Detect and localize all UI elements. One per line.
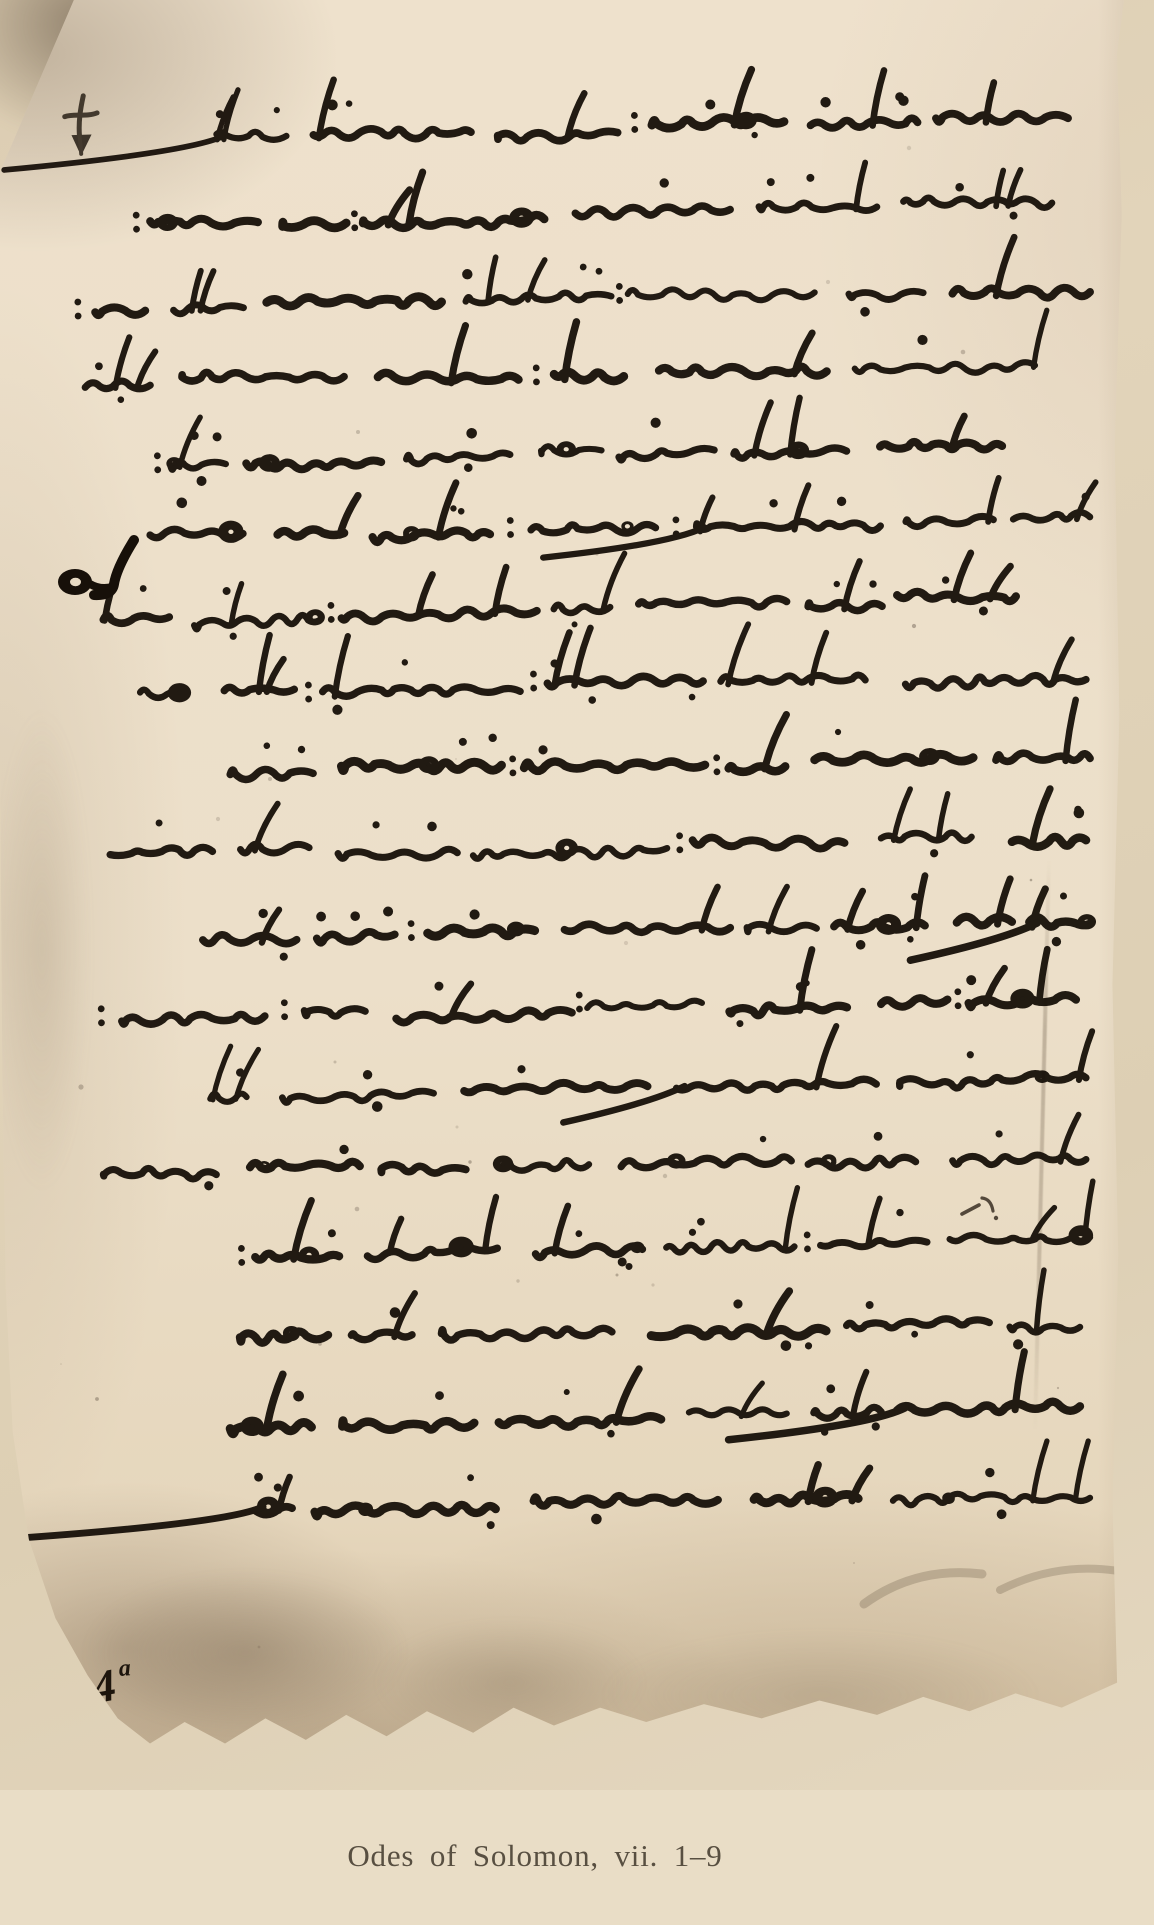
syriac-line-2 xyxy=(132,157,1052,241)
plate-page: { "plate": { "caption": "Odes of Solomon… xyxy=(0,0,1154,1925)
syriac-line-8 xyxy=(139,618,1086,718)
paper-speck xyxy=(95,1397,99,1401)
paper-speck xyxy=(356,430,360,434)
cross-icon xyxy=(56,88,112,168)
plate-caption: Odes of Solomon, vii. 1–9 xyxy=(347,1838,722,1874)
paper-speck xyxy=(826,280,830,284)
corrector-mark xyxy=(956,1186,1012,1230)
paper-speck xyxy=(318,1342,322,1346)
manuscript-photo: 4a xyxy=(0,0,1154,1790)
paper-speck xyxy=(651,1283,654,1286)
syriac-line-14 xyxy=(103,1115,1087,1193)
syriac-line-18 xyxy=(7,1440,1090,1539)
manuscript-leaf: 4a xyxy=(0,0,1154,1790)
syriac-line-17 xyxy=(229,1351,1081,1451)
quire-signature: 4a xyxy=(88,1655,137,1711)
syriac-line-6 xyxy=(149,470,1097,565)
quire-digit: 4 xyxy=(88,1659,120,1713)
paper-speck xyxy=(624,941,628,945)
syriac-line-9 xyxy=(229,700,1090,786)
syriac-line-16 xyxy=(239,1270,1080,1364)
paper-speck xyxy=(616,1274,619,1277)
paper-speck xyxy=(663,1174,667,1178)
paper-speck xyxy=(258,1646,261,1649)
syriac-line-13 xyxy=(209,1021,1094,1130)
paper-speck xyxy=(802,1332,807,1337)
paper-speck xyxy=(60,1363,62,1365)
syriac-line-11 xyxy=(202,872,1097,978)
syriac-line-10 xyxy=(109,786,1086,872)
paper-speck xyxy=(961,350,966,355)
paper-speck xyxy=(632,848,637,853)
caption-row: Odes of Solomon, vii. 1–9 xyxy=(0,1838,1154,1874)
paper-speck xyxy=(1030,879,1033,882)
paper-speck xyxy=(912,624,916,628)
quire-superscript: a xyxy=(118,1655,132,1683)
paper-speck xyxy=(216,817,220,821)
paper-speck xyxy=(455,758,457,760)
paper-speck xyxy=(78,1084,83,1089)
ink-offset-ghost xyxy=(850,1532,1150,1622)
syriac-line-5 xyxy=(153,393,1003,488)
syriac-line-3 xyxy=(73,236,1090,334)
paper-speck xyxy=(907,146,911,150)
syriac-line-1 xyxy=(2,61,1069,170)
paper-speck xyxy=(1057,1387,1059,1389)
paper-speck xyxy=(355,1207,360,1212)
paper-speck xyxy=(398,1216,401,1219)
paper-speck xyxy=(456,1126,459,1129)
syriac-line-4 xyxy=(84,310,1048,403)
paper-speck xyxy=(334,1061,337,1064)
paper-speck xyxy=(758,450,762,454)
paper-speck xyxy=(516,1279,519,1282)
syriac-text-block xyxy=(0,0,1154,1790)
paper-speck xyxy=(468,1160,471,1163)
left-margin-note xyxy=(52,532,152,612)
paper-speck xyxy=(595,552,598,555)
paper-speck xyxy=(268,777,272,781)
